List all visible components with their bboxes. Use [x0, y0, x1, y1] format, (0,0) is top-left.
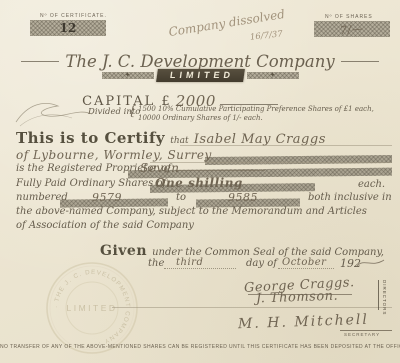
- company-clause-line2: of Association of the said Company: [16, 220, 194, 231]
- date-day: third: [176, 257, 203, 268]
- divided-line1: 1500 10% Cumulative Participating Prefer…: [138, 105, 374, 113]
- to-label: to: [176, 192, 186, 203]
- title-rule-left: [21, 61, 59, 62]
- number-to: 9585: [228, 191, 258, 204]
- holder-name-rule: [180, 145, 392, 146]
- directors-label: DIRECTORS: [382, 280, 387, 315]
- limited-banner-row: ✦ LIMITED ✦: [0, 69, 400, 82]
- date-dayof: day of: [246, 258, 277, 269]
- shares-no-label: Nº OF SHARES: [325, 14, 373, 20]
- shares-in-words: Seven: [140, 161, 179, 175]
- address-rule: [150, 162, 392, 163]
- seal-center-text: LIMITED: [66, 303, 117, 313]
- directors-bracket: [378, 280, 379, 310]
- banner-ornament-left-icon: ✦: [102, 72, 154, 79]
- signature-rule-long: [112, 307, 392, 308]
- footer-transfer-note: NO TRANSFER OF ANY OF THE ABOVE-MENTIONE…: [0, 344, 400, 350]
- banner-ornament-right-icon: ✦: [247, 72, 299, 79]
- date-day-rule: [164, 268, 236, 269]
- holder-address: of Lybourne, Wormley, Surrey: [16, 148, 212, 162]
- star-icon: ✦: [125, 72, 131, 79]
- certificate-no-value: 12: [60, 21, 77, 35]
- date-the: the: [148, 258, 164, 269]
- share-value: One shilling: [155, 176, 243, 190]
- director2-signature: J. Thomson.: [256, 289, 339, 307]
- shares-words-strike: [175, 170, 265, 171]
- inclusive-label: both inclusive in: [308, 192, 392, 203]
- certify-heading: This is to Certify: [16, 129, 165, 147]
- shares-no-value: 7/—: [340, 21, 364, 36]
- certificate-no-label: Nº OF CERTIFICATE.: [40, 13, 107, 19]
- pencil-note-date: 16/7/37: [250, 29, 284, 42]
- fully-paid-label: Fully Paid Ordinary Shares of: [16, 178, 166, 189]
- divided-brace: {: [128, 104, 136, 119]
- company-clause-line1: the above-named Company, subject to the …: [16, 206, 367, 217]
- certificate-no-box: 12: [30, 20, 106, 36]
- share-certificate-document: Nº OF CERTIFICATE. 12 Company dissolved …: [0, 0, 400, 363]
- flourish-ornament: [14, 96, 94, 128]
- year-flourish: [356, 256, 386, 270]
- star-icon: ✦: [270, 72, 276, 79]
- date-month-rule: [278, 268, 334, 269]
- secretary-label: SECRETARY: [344, 332, 380, 337]
- title-rule-right: [341, 61, 379, 62]
- numbered-label: numbered: [16, 192, 68, 203]
- secretary-underline: [340, 330, 392, 331]
- address-band: [205, 155, 392, 165]
- number-from: 9579: [92, 191, 122, 204]
- date-month: October: [282, 257, 326, 268]
- shares-no-box: 7/—: [314, 21, 390, 37]
- divided-line2: 10000 Ordinary Shares of 1/- each.: [138, 114, 263, 122]
- each-label: each.: [358, 179, 385, 190]
- limited-banner: LIMITED: [156, 69, 245, 82]
